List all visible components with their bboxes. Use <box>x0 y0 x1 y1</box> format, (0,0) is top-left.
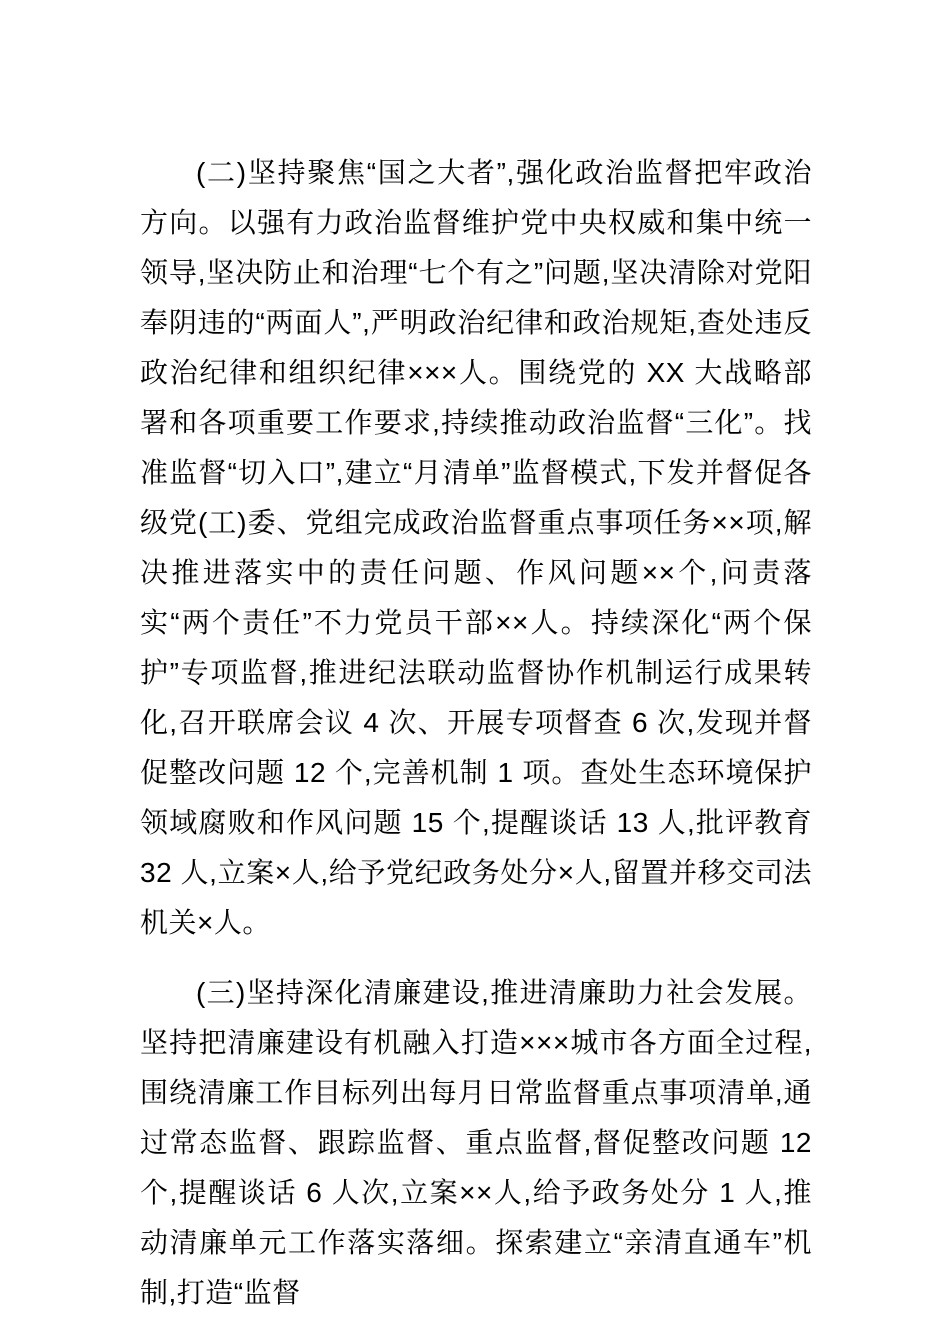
paragraph-section-3: (三)坚持深化清廉建设,推进清廉助力社会发展。坚持把清廉建设有机融入打造×××城… <box>140 968 812 1318</box>
paragraph-section-2: (二)坚持聚焦“国之大者”,强化政治监督把牢政治方向。以强有力政治监督维护党中央… <box>140 148 812 948</box>
document-body-text: (二)坚持聚焦“国之大者”,强化政治监督把牢政治方向。以强有力政治监督维护党中央… <box>140 148 812 1318</box>
document-page: (二)坚持聚焦“国之大者”,强化政治监督把牢政治方向。以强有力政治监督维护党中央… <box>0 0 950 1344</box>
